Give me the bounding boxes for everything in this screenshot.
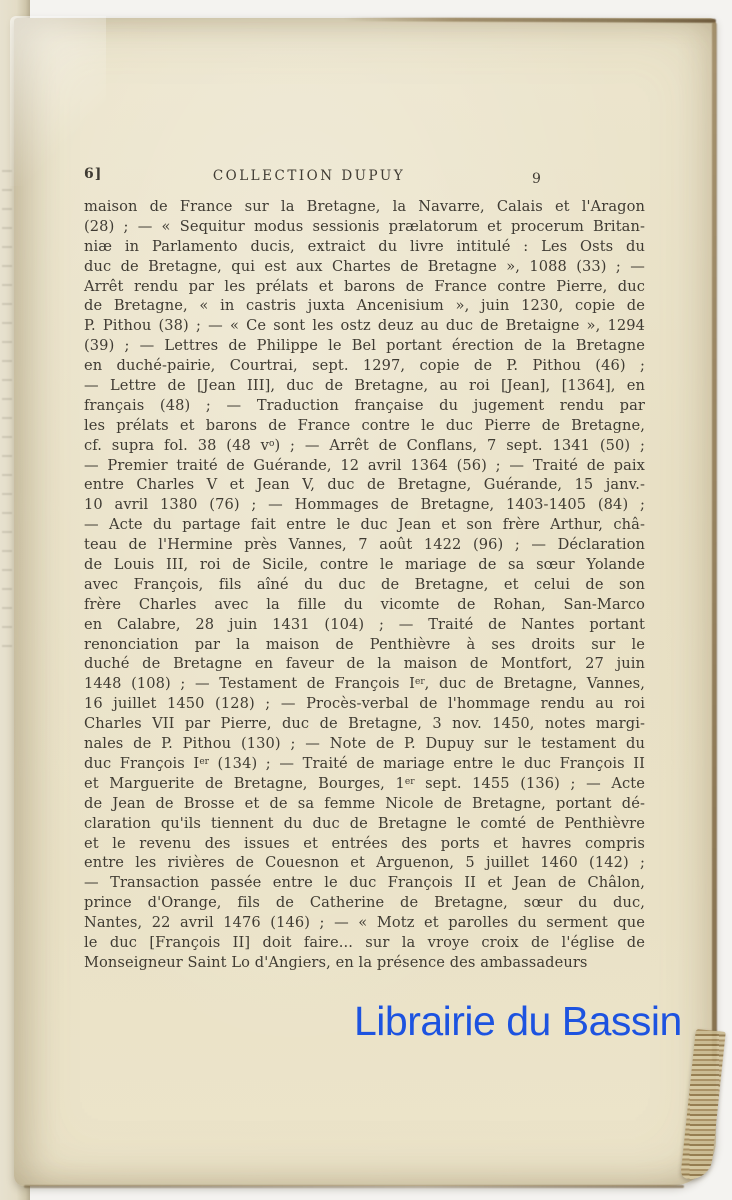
section-mark: 6] [84,166,102,182]
text-line: Nantes, 22 avril 1476 (146) ; — « Motz e… [84,913,645,933]
text-line: maison de France sur la Bretagne, la Nav… [84,197,645,217]
text-line: les prélats et barons de France contre l… [84,416,645,436]
text-line: (28) ; — « Sequitur modus sessionis præl… [84,217,645,237]
text-line: duché de Bretagne en faveur de la maison… [84,654,645,674]
text-line: — Acte du partage fait entre le duc Jean… [84,515,645,535]
page-text: maison de France sur la Bretagne, la Nav… [84,197,645,973]
text-line: Arrêt rendu par les prélats et barons de… [84,277,645,297]
text-line: cf. supra fol. 38 (48 vo) ; — Arrêt de C… [84,436,645,456]
text-line: — Lettre de [Jean III], duc de Bretagne,… [84,376,645,396]
bookseller-watermark: Librairie du Bassin [354,998,682,1045]
text-line: P. Pithou (38) ; — « Ce sont les ostz de… [84,316,645,336]
page-bottom-edge [24,1185,684,1188]
running-head: 6] COLLECTION DUPUY 9 [14,166,716,190]
text-line: Monseigneur Saint Lo d'Angiers, en la pr… [84,953,645,973]
text-line: français (48) ; — Traduction française d… [84,396,645,416]
text-line: 16 juillet 1450 (128) ; — Procès-verbal … [84,694,645,714]
stacked-page-edges [680,1029,726,1181]
folio-number: 9 [532,171,541,187]
text-line: le duc [François II] doit faire... sur l… [84,933,645,953]
text-line: claration qu'ils tiennent du duc de Bret… [84,814,645,834]
text-line: nales de P. Pithou (130) ; — Note de P. … [84,734,645,754]
text-line: duc François Ier (134) ; — Traité de mar… [84,754,645,774]
text-line: 1448 (108) ; — Testament de François Ier… [84,674,645,694]
text-line: renonciation par la maison de Penthièvre… [84,635,645,655]
text-line: avec François, fils aîné du duc de Breta… [84,575,645,595]
text-line: de Jean de Brosse et de sa femme Nicole … [84,794,645,814]
text-line: prince d'Orange, fils de Catherine de Br… [84,893,645,913]
text-line: niæ in Parlamento ducis, extraict du liv… [84,237,645,257]
adjacent-page-text-marks [2,170,12,650]
text-line: et Marguerite de Bretagne, Bourges, 1er … [84,774,645,794]
text-line: teau de l'Hermine près Vannes, 7 août 14… [84,535,645,555]
text-line: de Bretagne, « in castris juxta Ancenisi… [84,296,645,316]
book-page-photo: 6] COLLECTION DUPUY 9 maison de France s… [0,0,732,1200]
deckle-top-edge [344,17,716,23]
text-line: — Premier traité de Guérande, 12 avril 1… [84,456,645,476]
text-line: duc de Bretagne, qui est aux Chartes de … [84,257,645,277]
text-line: en Calabre, 28 juin 1431 (104) ; — Trait… [84,615,645,635]
text-line: 10 avril 1380 (76) ; — Hommages de Breta… [84,495,645,515]
text-line: Charles VII par Pierre, duc de Bretagne,… [84,714,645,734]
text-line: entre les rivières de Couesnon et Arguen… [84,853,645,873]
page-corner-highlight [10,16,106,186]
text-line: (39) ; — Lettres de Philippe le Bel port… [84,336,645,356]
text-line: et le revenu des issues et entrées des p… [84,834,645,854]
text-line: entre Charles V et Jean V, duc de Bretag… [84,475,645,495]
text-line: — Transaction passée entre le duc Franço… [84,873,645,893]
text-line: de Louis III, roi de Sicile, contre le m… [84,555,645,575]
text-line: en duché-pairie, Courtrai, sept. 1297, c… [84,356,645,376]
text-line: frère Charles avec la fille du vicomte d… [84,595,645,615]
page-title: COLLECTION DUPUY [154,168,464,184]
